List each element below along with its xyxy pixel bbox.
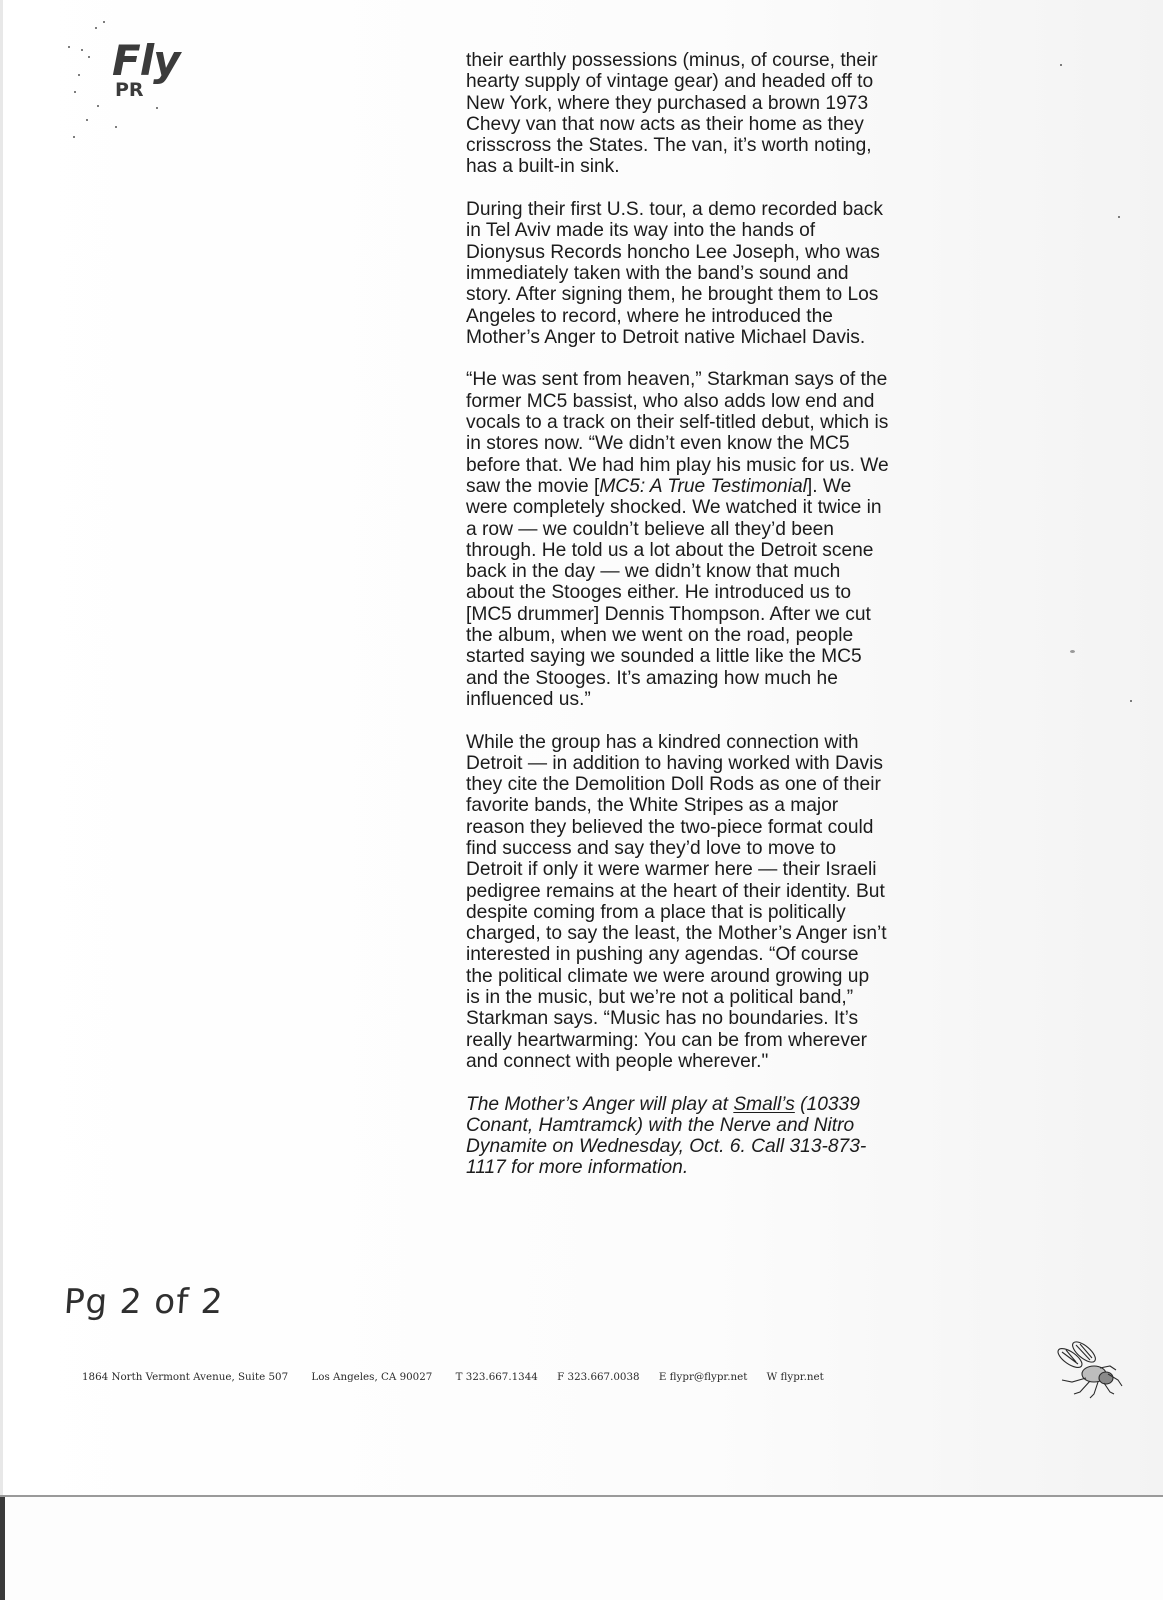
paragraph-4: While the group has a kindred connection… [466,732,946,1073]
footer-email: E flypr@flypr.net [659,1371,748,1383]
text-line: before that. We had him play his music f… [466,455,946,476]
text-line: in stores now. “We didn’t even know the … [466,433,946,454]
text-line: about the Stooges either. He introduced … [466,582,946,603]
footer-city: Los Angeles, CA 90027 [311,1371,432,1383]
letterhead-footer: 1864 North Vermont Avenue, Suite 507 Los… [82,1371,844,1383]
text-line: story. After signing them, he brought th… [466,284,946,305]
text-line: despite coming from a place that is poli… [466,902,946,923]
paragraph-1: their earthly possessions (minus, of cou… [466,50,946,178]
footer-street: 1864 North Vermont Avenue, Suite 507 [82,1371,288,1383]
text-line: the album, when we went on the road, peo… [466,625,946,646]
text-line: Angeles to record, where he introduced t… [466,306,946,327]
text-line: were completely shocked. We watched it t… [466,497,946,518]
text-line: reason they believed the two-piece forma… [466,817,946,838]
text-line: Starkman says. “Music has no boundaries.… [466,1008,946,1029]
footer-fax: F 323.667.0038 [557,1371,639,1383]
text-line: through. He told us a lot about the Detr… [466,540,946,561]
scan-edge [0,1497,5,1600]
venue-name: Small’s [733,1094,795,1115]
text-line: hearty supply of vintage gear) and heade… [466,71,946,92]
text-line: Detroit if only it were warmer here — th… [466,859,946,880]
text-line: they cite the Demolition Doll Rods as on… [466,774,946,795]
text-line: Chevy van that now acts as their home as… [466,114,946,135]
handwritten-page-number: Pg 2 of 2 [63,1284,225,1320]
text-line: started saying we sounded a little like … [466,646,946,667]
text-line: is in the music, but we’re not a politic… [466,987,946,1008]
text-line: find success and say they’d love to move… [466,838,946,859]
text-line: immediately taken with the band’s sound … [466,263,946,284]
text-line: interested in pushing any agendas. “Of c… [466,944,946,965]
text-line: [MC5 drummer] Dennis Thompson. After we … [466,604,946,625]
text-line: favorite bands, the White Stripes as a m… [466,795,946,816]
text-line: back in the day — we didn’t know that mu… [466,561,946,582]
blank-scan-area [0,1497,1163,1600]
text-line: their earthly possessions (minus, of cou… [466,50,946,71]
text-line: Dionysus Records honcho Lee Joseph, who … [466,242,946,263]
text-line: During their first U.S. tour, a demo rec… [466,199,946,220]
page-edge [0,0,3,1496]
text-line: charged, to say the least, the Mother’s … [466,923,946,944]
text-line: vocals to a track on their self-titled d… [466,412,946,433]
text-line: and connect with people wherever." [466,1051,946,1072]
footer-web: W flypr.net [767,1371,824,1383]
logo-word: Fly [112,40,179,82]
text-line: pedigree remains at the heart of their i… [466,881,946,902]
text-line: influenced us.” [466,689,946,710]
text-line-with-film-title: saw the movie [MC5: A True Testimonial].… [466,476,946,497]
text-line: New York, where they purchased a brown 1… [466,93,946,114]
text-line: a row — we couldn’t believe all they’d b… [466,519,946,540]
text-line: former MC5 bassist, who also adds low en… [466,391,946,412]
paragraph-2: During their first U.S. tour, a demo rec… [466,199,946,348]
article-body: their earthly possessions (minus, of cou… [466,50,946,1200]
text-line: really heartwarming: You can be from whe… [466,1030,946,1051]
text-line: “He was sent from heaven,” Starkman says… [466,369,946,390]
fly-pr-logo: Fly PR [112,40,179,100]
text-line: Detroit — in addition to having worked w… [466,753,946,774]
event-note-line: 1117 for more information. [466,1157,946,1178]
text-line: While the group has a kindred connection… [466,732,946,753]
text-line: Mother’s Anger to Detroit native Michael… [466,327,946,348]
text-line: the political climate we were around gro… [466,966,946,987]
text-line: and the Stooges. It’s amazing how much h… [466,668,946,689]
film-title: MC5: A True Testimonial [599,476,807,497]
text-line: has a built-in sink. [466,156,946,177]
event-note-line: Conant, Hamtramck) with the Nerve and Ni… [466,1115,946,1136]
text-line: in Tel Aviv made its way into the hands … [466,220,946,241]
text-line: crisscross the States. The van, it’s wor… [466,135,946,156]
event-note-line: Dynamite on Wednesday, Oct. 6. Call 313-… [466,1136,946,1157]
paragraph-3-quote: “He was sent from heaven,” Starkman says… [466,369,946,710]
fly-icon [1040,1340,1130,1400]
event-note-line: The Mother’s Anger will play at Small’s … [466,1094,946,1115]
event-note: The Mother’s Anger will play at Small’s … [466,1094,946,1179]
footer-phone: T 323.667.1344 [456,1371,538,1383]
